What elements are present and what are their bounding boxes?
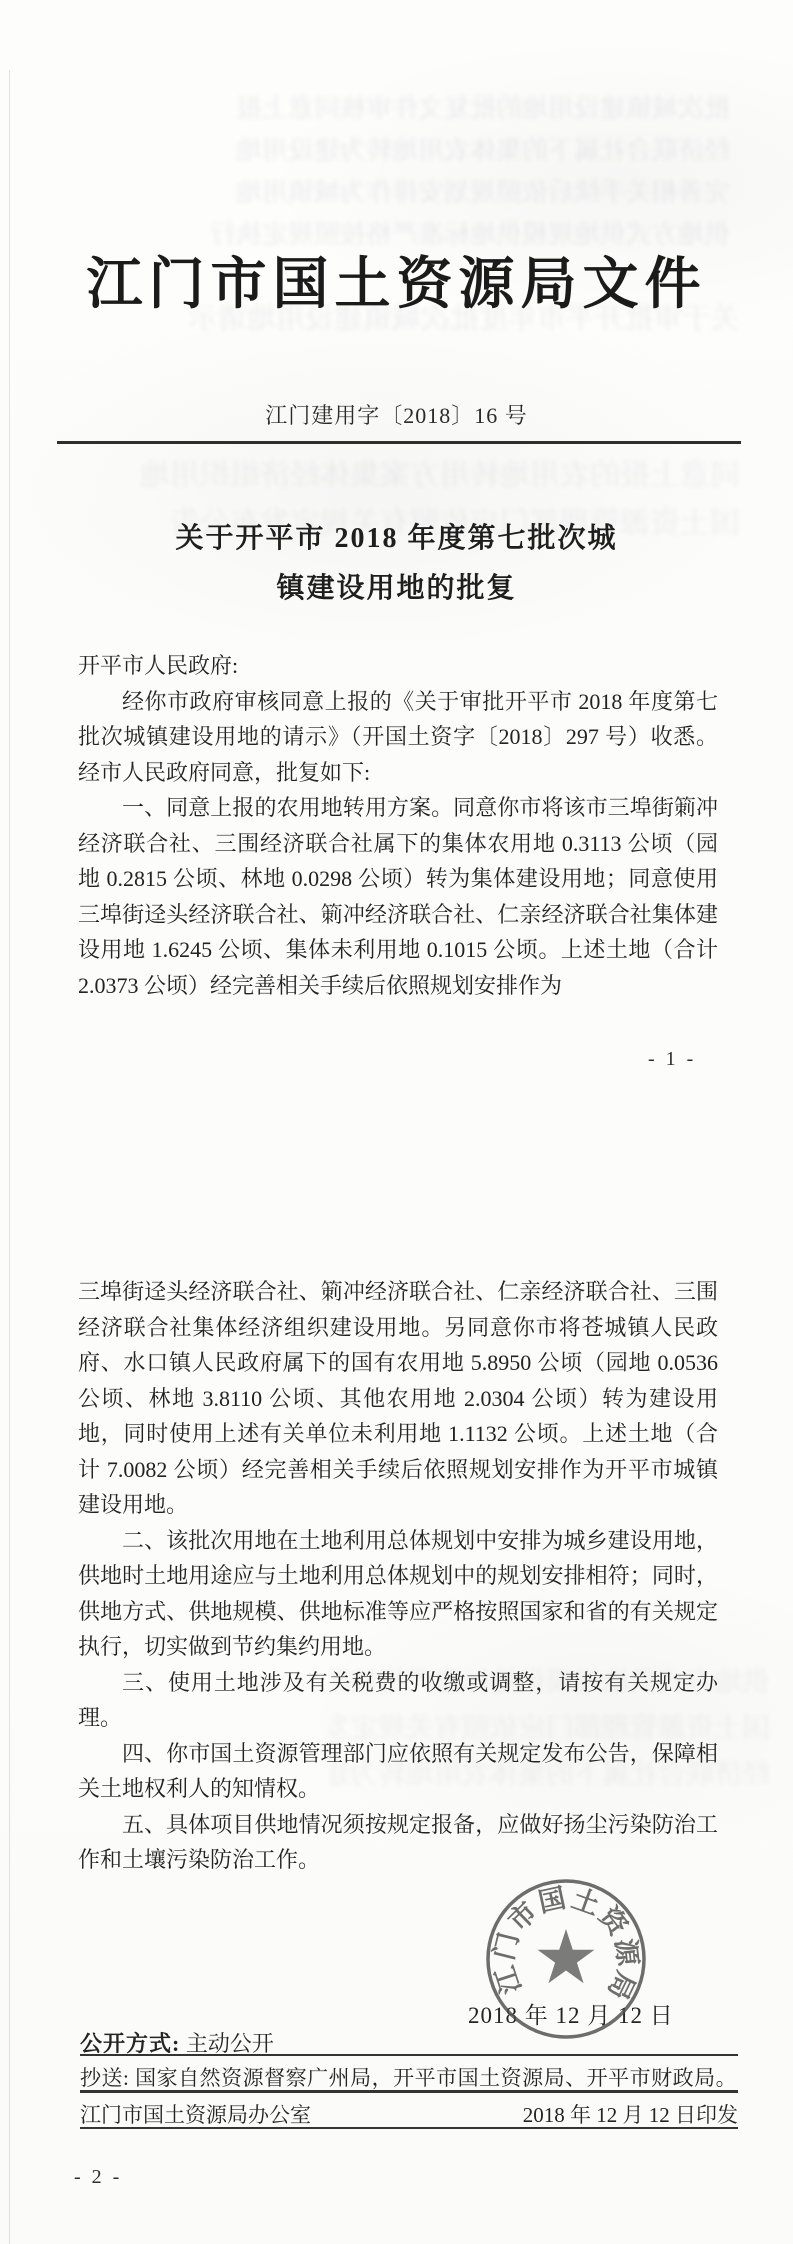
body-paragraph: 一、同意上报的农用地转用方案。同意你市将该市三埠街箣冲经济联合社、三围经济联合社… [78,790,718,1003]
document-title: 关于开平市 2018 年度第七批次城 镇建设用地的批复 [0,514,793,614]
page2-number: - 2 - [74,2166,122,2189]
footer-rule [80,2127,738,2129]
bleedthrough-line: 同意上报的农用地转用方案集体经济组织用地 [60,452,740,500]
body-paragraph: 经你市政府审核同意上报的《关于审批开平市 2018 年度第七批次城镇建设用地的请… [78,684,718,791]
body-paragraph: 四、你市国土资源管理部门应依照有关规定发布公告，保障相关土地权利人的知情权。 [78,1736,718,1807]
bleedthrough-line: 完善相关手续后依照规划安排作为城镇用地 [70,172,730,214]
body-paragraph: 三、使用土地涉及有关税费的收缴或调整，请按有关规定办理。 [78,1665,718,1736]
scanned-document-page: 批次城镇建设用地的批复文件审核同意上报 经济联合社属下的集体农用地转为建设用地 … [0,0,793,2244]
scan-edge-artifact [9,70,10,2244]
footer-rule [80,2054,738,2056]
document-letterhead: 江门市国土资源局文件 [0,240,793,320]
bleedthrough-line: 经济联合社属下的集体农用地转为建设用地 [70,130,730,172]
cc-value: 国家自然资源督察广州局，开平市国土资源局、开平市财政局。 [135,2066,737,2090]
footer-rule [80,2090,738,2093]
body-paragraph: 二、该批次用地在土地利用总体规划中安排为城乡建设用地，供地时土地用途应与土地利用… [78,1523,718,1665]
bleedthrough-text: 批次城镇建设用地的批复文件审核同意上报 经济联合社属下的集体农用地转为建设用地 … [70,88,730,256]
document-title-line1: 关于开平市 2018 年度第七批次城 [0,514,793,564]
official-seal: 江门市国土资源局 [471,1864,661,2054]
document-title-line2: 镇建设用地的批复 [0,564,793,614]
imprint-row: 江门市国土资源局办公室 2018 年 12 月 12 日印发 [80,2099,738,2129]
cc-row: 抄送: 国家自然资源督察广州局，开平市国土资源局、开平市财政局。 [80,2062,738,2092]
body-paragraph: 三埠街迳头经济联合社、箣冲经济联合社、仁亲经济联合社、三围经济联合社集体经济组织… [78,1274,718,1523]
bleedthrough-line: 批次城镇建设用地的批复文件审核同意上报 [70,88,730,130]
document-number: 江门建用字〔2018〕16 号 [0,399,793,430]
page1-body: 开平市人民政府: 经你市政府审核同意上报的《关于审批开平市 2018 年度第七批… [78,648,718,1003]
publicity-label: 公开方式: [80,2031,180,2056]
cc-label: 抄送: [80,2066,129,2090]
page2-body: 三埠街迳头经济联合社、箣冲经济联合社、仁亲经济联合社、三围经济联合社集体经济组织… [78,1274,718,1878]
issuing-office: 江门市国土资源局办公室 [80,2099,311,2129]
print-date: 2018 年 12 月 12 日印发 [523,2099,738,2129]
letterhead-divider-rule [57,441,741,444]
salutation: 开平市人民政府: [78,648,718,684]
page1-number: - 1 - [648,1048,758,1071]
publicity-value: 主动公开 [186,2031,274,2056]
seal-star-icon [538,1929,595,1983]
